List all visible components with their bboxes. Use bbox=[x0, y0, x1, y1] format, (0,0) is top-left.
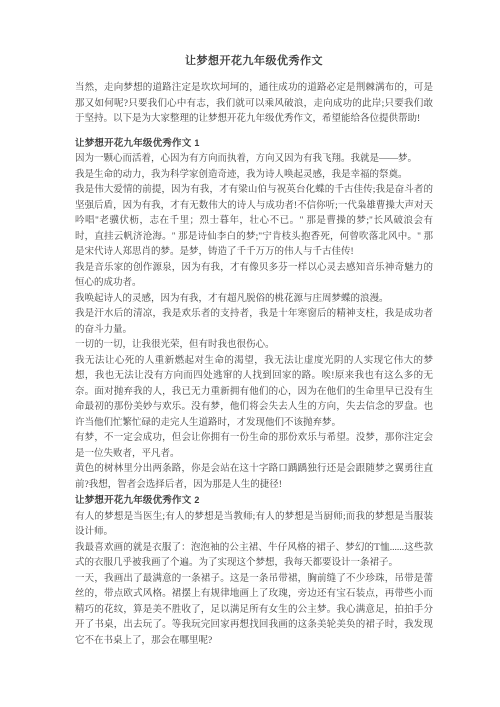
document-page: 让梦想开花九年级优秀作文 当然，走向梦想的道路注定是坎坎坷坷的，通往成功的道路必… bbox=[0, 0, 500, 707]
section-heading-number: 2 bbox=[194, 495, 199, 505]
paragraph: 我是汗水后的清凉，我是欢乐者的支持者，我是十年寒窗后的精神支柱，我是成功者的奋斗… bbox=[75, 307, 433, 338]
paragraph: 黄色的树林里分出两条路，你是会站在这十字路口踽踽独行还是会跟随梦之翼勇往直前?我… bbox=[75, 462, 433, 493]
section-paragraphs: 因为一颗心而活着，心因为有方向而执着，方向又因为有我飞翔。我就是——梦。我是生命… bbox=[75, 152, 433, 493]
section-heading-text: 让梦想开花九年级优秀作文 bbox=[75, 496, 191, 506]
paragraph: 我唤起诗人的灵感，因为有我，才有超凡脱俗的桃花源与庄周梦蝶的浪漫。 bbox=[75, 292, 433, 308]
paragraph: 一天，我画出了最满意的一条裙子。这是一条吊带裙，胸前缝了不少珍珠，吊带是蕾丝的，… bbox=[75, 572, 433, 650]
paragraph: 我是生命的动力，我为科学家创造奇迹，我为诗人唤起灵感，我是幸福的祭奠。 bbox=[75, 168, 433, 184]
document-title: 让梦想开花九年级优秀作文 bbox=[75, 54, 433, 68]
section-heading: 让梦想开花九年级优秀作文1 bbox=[75, 136, 433, 153]
section-heading: 让梦想开花九年级优秀作文2 bbox=[75, 493, 433, 510]
document-body: 让梦想开花九年级优秀作文1 因为一颗心而活着，心因为有方向而执着，方向又因为有我… bbox=[75, 136, 433, 650]
essay-section: 让梦想开花九年级优秀作文1 因为一颗心而活着，心因为有方向而执着，方向又因为有我… bbox=[75, 136, 433, 494]
paragraph: 我是音乐家的创作源泉，因为有我，才有像贝多芬一样以心灵去感知音乐神奇魅力的恒心的… bbox=[75, 261, 433, 292]
paragraph: 我是伟大爱情的前提，因为有我，才有梁山伯与祝英台化蝶的千古佳传;我是奋斗者的坚强… bbox=[75, 183, 433, 261]
section-heading-text: 让梦想开花九年级优秀作文 bbox=[75, 139, 191, 149]
intro-paragraph: 当然，走向梦想的道路注定是坎坎坷坷的，通往成功的道路必定是荆棘满布的，可是那又如… bbox=[75, 81, 433, 128]
paragraph: 我最喜欢画的就是衣服了：泡泡袖的公主裙、牛仔风格的裙子、梦幻的T恤......这… bbox=[75, 541, 433, 572]
essay-section: 让梦想开花九年级优秀作文2 有人的梦想是当医生;有人的梦想是当教师;有人的梦想是… bbox=[75, 493, 433, 649]
paragraph: 我无法让心死的人重新燃起对生命的渴望，我无法让虚度光阴的人实现它伟大的梦想，我也… bbox=[75, 354, 433, 432]
paragraph: 一切的一切，让我很光荣，但有时我也很伤心。 bbox=[75, 338, 433, 354]
paragraph: 有人的梦想是当医生;有人的梦想是当教师;有人的梦想是当厨师;而我的梦想是当服装设… bbox=[75, 510, 433, 541]
section-heading-number: 1 bbox=[194, 138, 199, 148]
paragraph: 有梦，不一定会成功，但会让你拥有一份生命的那份欢乐与希望。没梦，那你注定会是一位… bbox=[75, 431, 433, 462]
section-paragraphs: 有人的梦想是当医生;有人的梦想是当教师;有人的梦想是当厨师;而我的梦想是当服装设… bbox=[75, 510, 433, 650]
paragraph: 因为一颗心而活着，心因为有方向而执着，方向又因为有我飞翔。我就是——梦。 bbox=[75, 152, 433, 168]
